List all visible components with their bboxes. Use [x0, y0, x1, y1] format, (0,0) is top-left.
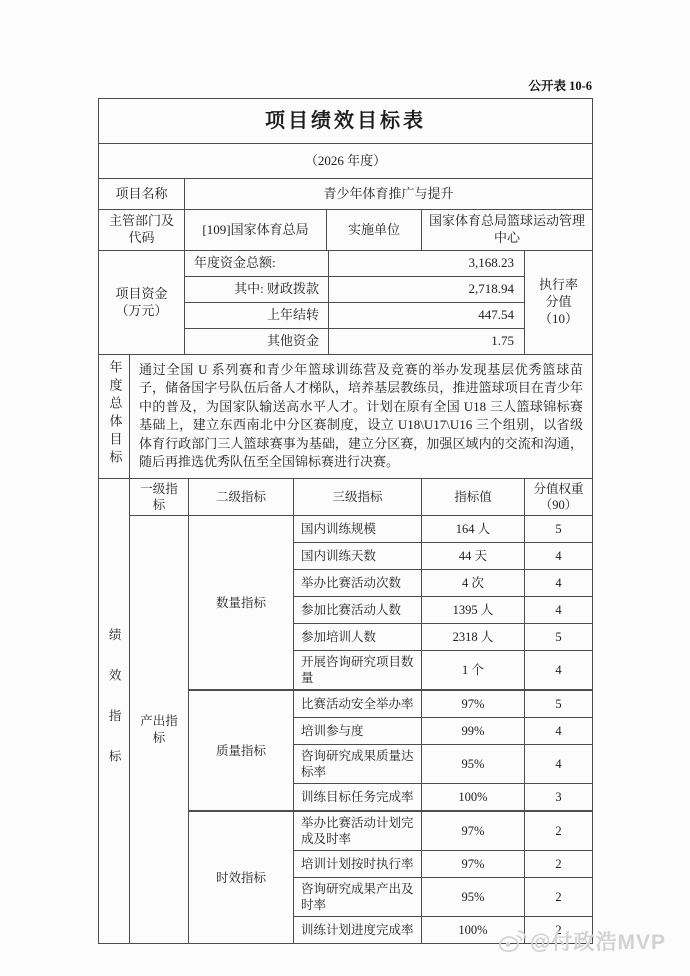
indicator-name-cell: 举办比赛活动次数: [294, 570, 422, 597]
group-quantity-label: 数量指标: [189, 516, 294, 691]
indicator-name-cell: 培训计划按时执行率: [294, 851, 422, 878]
indicator-name-cell: 参加培训人数: [294, 624, 422, 651]
indicator-weight-cell: 4: [525, 651, 593, 691]
header-value: 指标值: [422, 478, 525, 516]
execution-rate-score-label: 执行率 分值 （10）: [525, 251, 593, 355]
indicator-weight-cell: 3: [525, 784, 593, 812]
indicator-name-cell: 国内训练规模: [294, 516, 422, 543]
annual-goal-text: 通过全国 U 系列赛和青少年篮球训练营及竞赛的举办发现基层优秀篮球苗子，储备国字…: [130, 355, 593, 479]
indicator-weight-cell: 4: [525, 718, 593, 745]
indicator-name-cell: 训练目标任务完成率: [294, 784, 422, 812]
indicators-table: 绩效指标 一级指 标 二级指标 三级指标 指标值 分值权重 （90） 产出指 标…: [98, 478, 593, 945]
department-label: 主管部门及 代码: [99, 210, 185, 251]
year-subtitle: （2026 年度）: [99, 144, 593, 179]
indicator-weight-cell: 5: [525, 624, 593, 651]
funding-item-value: 2,718.94: [329, 277, 525, 303]
funding-item-name: 其中: 财政拨款: [185, 277, 329, 303]
indicator-name-cell: 开展咨询研究项目数量: [294, 651, 422, 691]
document-sheet: 公开表 10-6 项目绩效目标表 （2026 年度） 项目名称 青少年体育推广与…: [98, 0, 592, 944]
funding-item-name: 上年结转: [185, 303, 329, 329]
indicator-weight-cell: 2: [525, 811, 593, 851]
indicator-value-cell: 4 次: [422, 570, 525, 597]
indicator-value-cell: 1 个: [422, 651, 525, 691]
funding-row: 项目资金 （万元） 年度资金总额: 3,168.23 执行率 分值 （10）: [99, 251, 593, 277]
watermark-text: @付政浩MVP: [530, 926, 666, 956]
indicator-name-cell: 咨询研究成果产出及时率: [294, 878, 422, 917]
indicator-weight-cell: 2: [525, 878, 593, 917]
basic-info-table: 项目名称 青少年体育推广与提升 主管部门及 代码 [109]国家体育总局 实施单…: [98, 178, 593, 251]
indicator-value-cell: 95%: [422, 878, 525, 917]
funding-item-name: 其他资金: [185, 329, 329, 355]
indicator-value-cell: 97%: [422, 851, 525, 878]
funding-item-value: 3,168.23: [329, 251, 525, 277]
group-quality-label: 质量指标: [189, 690, 294, 811]
indicator-value-cell: 97%: [422, 811, 525, 851]
sheet-number-label: 公开表 10-6: [98, 76, 592, 94]
indicator-value-cell: 97%: [422, 690, 525, 718]
indicator-weight-cell: 5: [525, 690, 593, 718]
indicator-value-cell: 95%: [422, 745, 525, 784]
indicator-value-cell: 1395 人: [422, 597, 525, 624]
indicator-value-cell: 164 人: [422, 516, 525, 543]
funding-item-value: 1.75: [329, 329, 525, 355]
project-name-value: 青少年体育推广与提升: [185, 179, 593, 210]
indicator-name-cell: 培训参与度: [294, 718, 422, 745]
annual-goal-label-cell: 年度总体目标: [99, 355, 130, 479]
project-name-row: 项目名称 青少年体育推广与提升: [99, 179, 593, 210]
department-value: [109]国家体育总局: [185, 210, 327, 251]
indicator-value-cell: 100%: [422, 784, 525, 812]
funding-label: 项目资金 （万元）: [99, 251, 185, 355]
indicator-value-cell: 2318 人: [422, 624, 525, 651]
funding-item-value: 447.54: [329, 303, 525, 329]
indicator-name-cell: 咨询研究成果质量达标率: [294, 745, 422, 784]
group-timeliness-label: 时效指标: [189, 811, 294, 944]
department-row: 主管部门及 代码 [109]国家体育总局 实施单位 国家体育总局篮球运动管理 中…: [99, 210, 593, 251]
header-level1: 一级指 标: [130, 478, 189, 516]
funding-table: 项目资金 （万元） 年度资金总额: 3,168.23 执行率 分值 （10） 其…: [98, 250, 593, 355]
weibo-icon: [498, 929, 526, 953]
title-table: 项目绩效目标表 （2026 年度）: [98, 98, 593, 179]
funding-item-name: 年度资金总额:: [185, 251, 329, 277]
indicator-row: 产出指 标 数量指标 国内训练规模 164 人 5: [99, 516, 593, 543]
indicator-name-cell: 国内训练天数: [294, 543, 422, 570]
annual-goal-table: 年度总体目标 通过全国 U 系列赛和青少年篮球训练营及竞赛的举办发现基层优秀篮球…: [98, 354, 593, 479]
implementing-unit-label: 实施单位: [327, 210, 422, 251]
indicator-weight-cell: 4: [525, 570, 593, 597]
indicator-weight-cell: 2: [525, 851, 593, 878]
header-level3: 三级指标: [294, 478, 422, 516]
performance-indicators-label-cell: 绩效指标: [99, 478, 130, 944]
header-level2: 二级指标: [189, 478, 294, 516]
indicator-name-cell: 训练计划进度完成率: [294, 917, 422, 944]
watermark: @付政浩MVP: [498, 926, 666, 956]
indicator-value-cell: 44 天: [422, 543, 525, 570]
performance-indicators-label: 绩效指标: [106, 628, 122, 790]
indicator-weight-cell: 4: [525, 745, 593, 784]
level1-output-label: 产出指 标: [130, 516, 189, 944]
indicator-weight-cell: 5: [525, 516, 593, 543]
header-weight: 分值权重 （90）: [525, 478, 593, 516]
annual-goal-row: 年度总体目标 通过全国 U 系列赛和青少年篮球训练营及竞赛的举办发现基层优秀篮球…: [99, 355, 593, 479]
indicators-header-row: 绩效指标 一级指 标 二级指标 三级指标 指标值 分值权重 （90）: [99, 478, 593, 516]
indicator-weight-cell: 4: [525, 543, 593, 570]
indicator-value-cell: 99%: [422, 718, 525, 745]
indicator-name-cell: 参加比赛活动人数: [294, 597, 422, 624]
annual-goal-label: 年度总体目标: [106, 360, 123, 468]
indicator-name-cell: 比赛活动安全举办率: [294, 690, 422, 718]
project-name-label: 项目名称: [99, 179, 185, 210]
page-title: 项目绩效目标表: [99, 99, 593, 144]
indicator-weight-cell: 4: [525, 597, 593, 624]
implementing-unit-value: 国家体育总局篮球运动管理 中心: [422, 210, 593, 251]
indicator-name-cell: 举办比赛活动计划完成及时率: [294, 811, 422, 851]
